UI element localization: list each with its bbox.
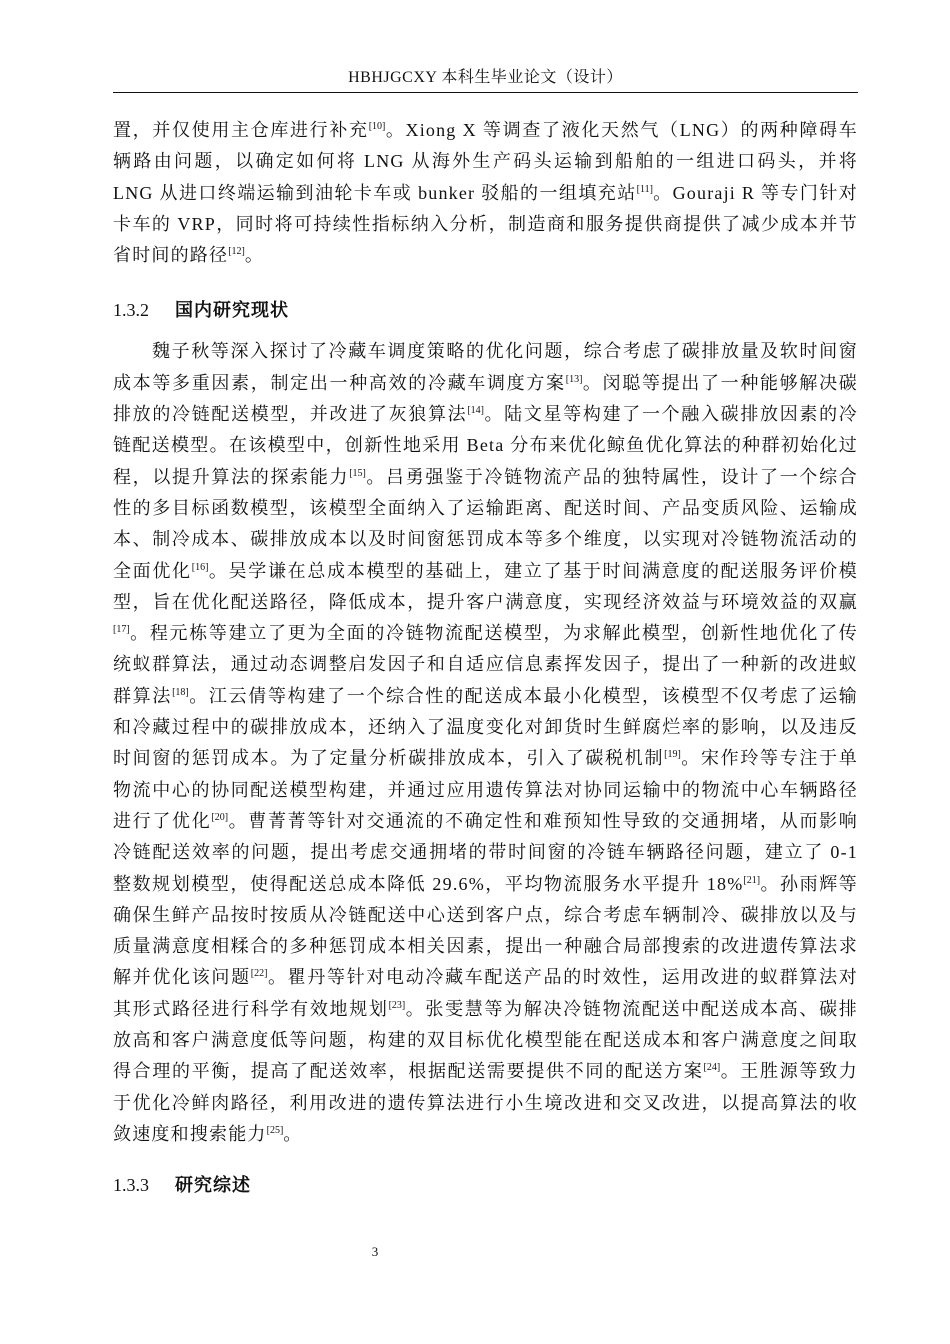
header-title: HBHJGCXY 本科生毕业论文（设计）: [348, 69, 623, 86]
citation-ref: [21]: [743, 875, 760, 886]
citation-ref: [19]: [664, 749, 681, 760]
citation-ref: [11]: [637, 184, 653, 195]
citation-ref: [12]: [228, 246, 245, 257]
citation-ref: [25]: [267, 1125, 284, 1136]
citation-ref: [16]: [192, 562, 209, 573]
citation-ref: [23]: [389, 1000, 406, 1011]
citation-ref: [18]: [172, 687, 189, 698]
citation-ref: [17]: [113, 624, 130, 635]
section-heading-1-3-3: 1.3.3研究综述: [113, 1170, 858, 1201]
citation-ref: [20]: [211, 812, 228, 823]
domestic-research-paragraph: 魏子秋等深入探讨了冷藏车调度策略的优化问题，综合考虑了碳排放量及软时间窗成本等多…: [113, 336, 858, 1150]
section-heading-1-3-2: 1.3.2国内研究现状: [113, 295, 858, 326]
intro-paragraph: 置，并仅使用主仓库进行补充[10]。Xiong X 等调查了液化天然气（LNG）…: [113, 115, 858, 271]
page-number: 3: [360, 1244, 390, 1260]
citation-ref: [24]: [704, 1062, 721, 1073]
citation-ref: [22]: [251, 968, 268, 979]
page-header: HBHJGCXY 本科生毕业论文（设计）: [113, 66, 858, 93]
section-number: 1.3.3: [113, 1170, 175, 1200]
citation-ref: [15]: [349, 468, 366, 479]
page-content: 置，并仅使用主仓库进行补充[10]。Xiong X 等调查了液化天然气（LNG）…: [113, 115, 858, 1201]
section-number: 1.3.2: [113, 295, 175, 325]
section-title: 研究综述: [175, 1175, 251, 1196]
citation-ref: [13]: [566, 374, 583, 385]
citation-ref: [10]: [369, 121, 386, 132]
citation-ref: [14]: [467, 405, 484, 416]
section-title: 国内研究现状: [175, 300, 289, 321]
